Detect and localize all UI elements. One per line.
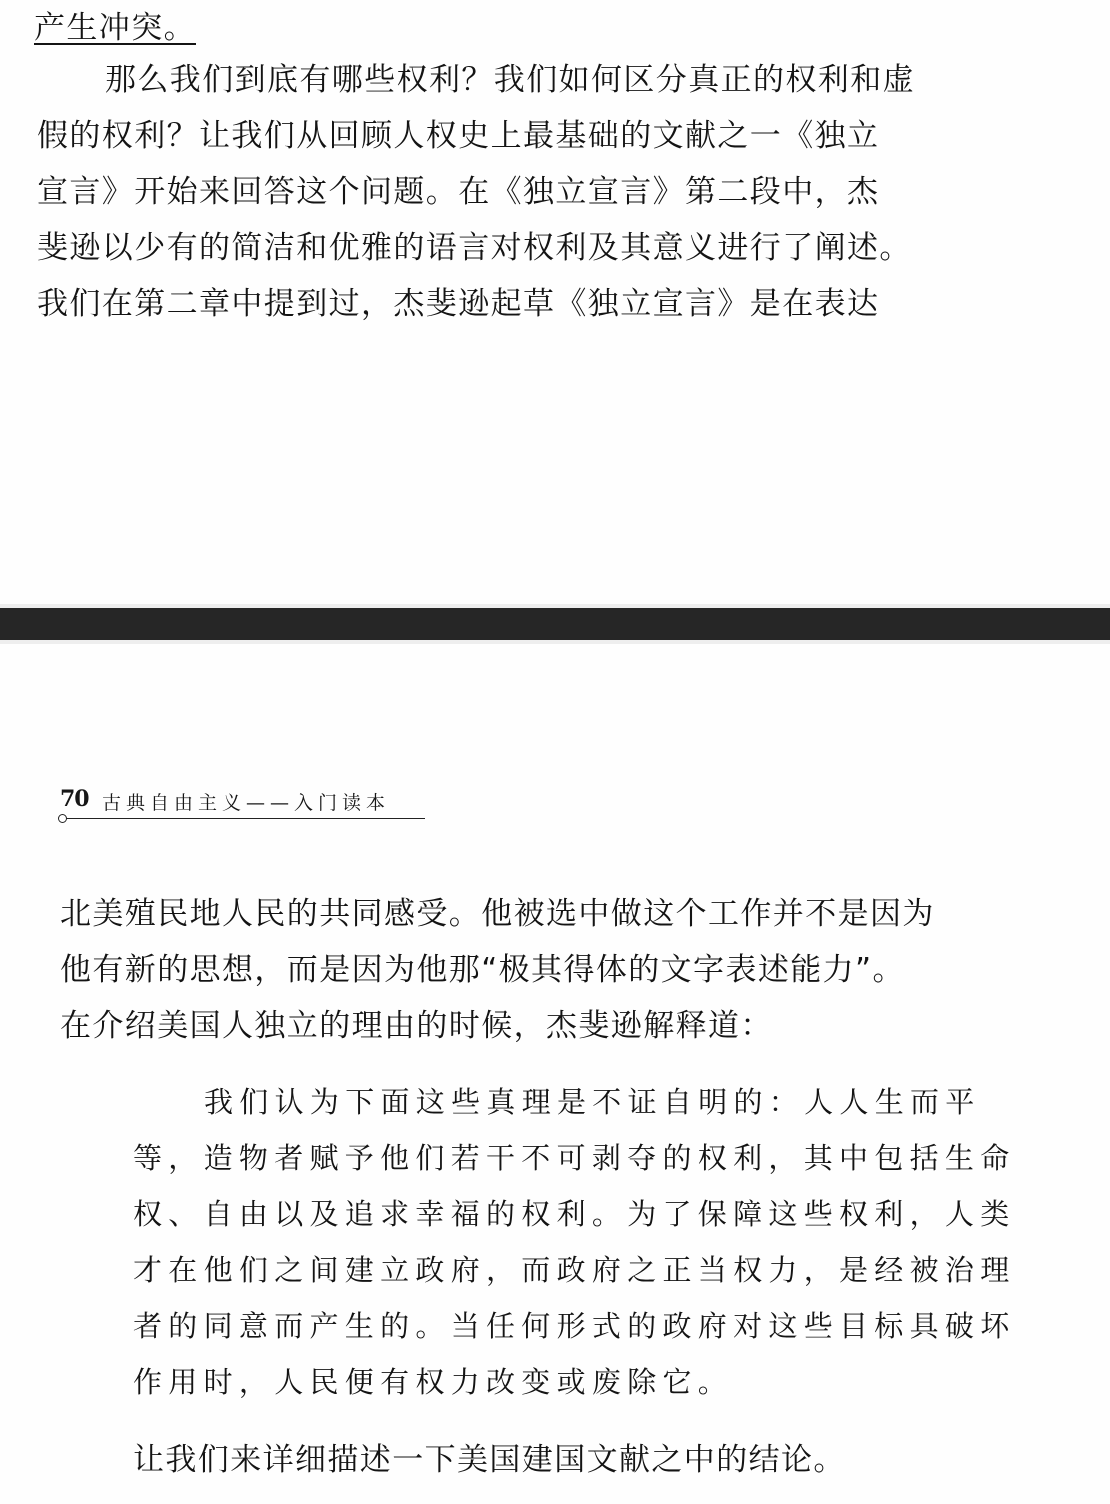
paragraph-line: 斐逊以少有的简洁和优雅的语言对权利及其意义进行了阐述。 — [37, 228, 912, 268]
quote-line: 等，造物者赋予他们若干不可剥夺的权利，其中包括生命 — [133, 1138, 1016, 1178]
body-line: 北美殖民地人民的共同感受。他被选中做这个工作并不是因为 — [60, 894, 935, 934]
quote-line: 我们认为下面这些真理是不证自明的：人人生而平 — [204, 1082, 981, 1122]
quote-line: 才在他们之间建立政府，而政府之正当权力，是经被治理 — [133, 1250, 1016, 1290]
header-ornament-icon — [58, 814, 67, 823]
page-number: 70 — [60, 786, 89, 812]
book-title: 古典自由主义——入门读本 — [102, 788, 390, 815]
quote-line: 者的同意而产生的。当任何形式的政府对这些目标具破坏 — [133, 1306, 1016, 1346]
paragraph-line: 我们在第二章中提到过，杰斐逊起草《独立宣言》是在表达 — [37, 284, 879, 324]
text-line-continuation: 产生冲突。 — [34, 8, 196, 48]
closing-line: 让我们来详细描述一下美国建国文献之中的结论。 — [133, 1440, 846, 1480]
body-line: 在介绍美国人独立的理由的时候，杰斐逊解释道： — [60, 1006, 773, 1046]
quote-line: 权、自由以及追求幸福的权利。为了保障这些权利，人类 — [133, 1194, 1016, 1234]
body-line: 他有新的思想，而是因为他那“极其得体的文字表述能力”。 — [60, 950, 905, 990]
top-page: 产生冲突。 那么我们到底有哪些权利？我们如何区分真正的权利和虚 假的权利？让我们… — [0, 0, 1110, 606]
paragraph-line: 假的权利？让我们从回顾人权史上最基础的文献之一《独立 — [37, 116, 879, 156]
running-header: 70 古典自由主义——入门读本 — [60, 784, 425, 819]
quote-line: 作用时，人民便有权力改变或废除它。 — [133, 1362, 733, 1402]
bottom-page: 70 古典自由主义——入门读本 北美殖民地人民的共同感受。他被选中做这个工作并不… — [0, 644, 1110, 1504]
paragraph-first-line: 那么我们到底有哪些权利？我们如何区分真正的权利和虚 — [105, 60, 915, 100]
page-separator — [0, 608, 1110, 640]
paragraph-line: 宣言》开始来回答这个问题。在《独立宣言》第二段中，杰 — [37, 172, 879, 212]
